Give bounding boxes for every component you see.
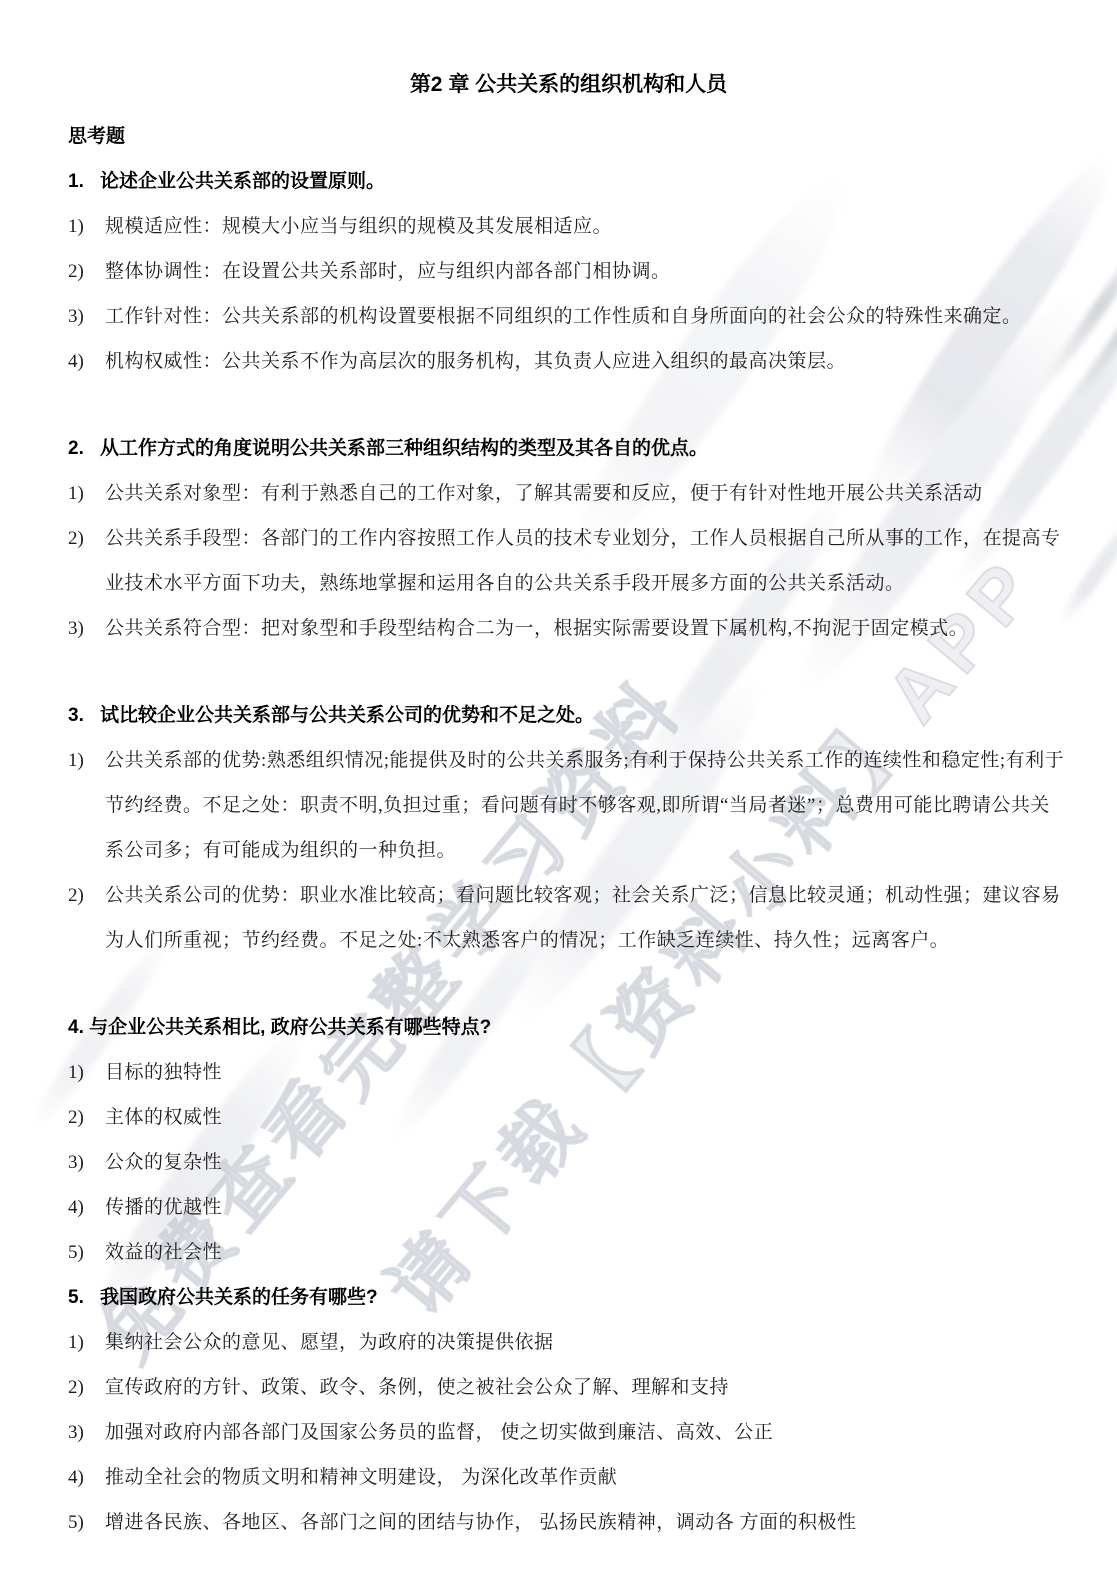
answer-item: 4) 机构权威性：公共关系不作为高层次的服务机构，其负责人应进入组织的最高决策层… bbox=[68, 339, 1069, 384]
answer-item-number: 4) bbox=[68, 1185, 105, 1230]
section-label: 思考题 bbox=[68, 114, 1069, 159]
answer-item-number: 2) bbox=[68, 1095, 105, 1140]
question-4-heading-row: 4. 与企业公共关系相比, 政府公共关系有哪些特点? bbox=[68, 1005, 1069, 1050]
answer-item-text: 公共关系手段型：各部门的工作内容按照工作人员的技术专业划分，工作人员根据自己所从… bbox=[105, 516, 1069, 606]
answer-item-number: 3) bbox=[68, 606, 105, 651]
question-1-heading-row: 1. 论述企业公共关系部的设置原则。 bbox=[68, 159, 1069, 204]
question-2-heading: 从工作方式的角度说明公共关系部三种组织结构的类型及其各自的优点。 bbox=[100, 426, 708, 471]
answer-item: 2) 整体协调性：在设置公共关系部时，应与组织内部各部门相协调。 bbox=[68, 249, 1069, 294]
question-5-heading: 我国政府公共关系的任务有哪些? bbox=[100, 1275, 378, 1320]
question-block-3: 3. 试比较企业公共关系部与公共关系公司的优势和不足之处。 1) 公共关系部的优… bbox=[68, 693, 1069, 963]
answer-item-text: 传播的优越性 bbox=[105, 1185, 1069, 1230]
answer-item-text: 宣传政府的方针、政策、政令、条例，使之被社会公众了解、理解和支持 bbox=[105, 1365, 1069, 1410]
answer-item-number: 3) bbox=[68, 1410, 105, 1455]
answer-item: 2) 公共关系公司的优势：职业水准比较高；看问题比较客观；社会关系广泛；信息比较… bbox=[68, 873, 1069, 963]
answer-item-number: 4) bbox=[68, 339, 105, 384]
answer-item: 1) 公共关系对象型：有利于熟悉自己的工作对象，了解其需要和反应，便于有针对性地… bbox=[68, 471, 1069, 516]
answer-item: 5) 增进各民族、各地区、各部门之间的团结与协作， 弘扬民族精神，调动各 方面的… bbox=[68, 1500, 1069, 1545]
answer-item-number: 1) bbox=[68, 1320, 105, 1365]
answer-item-text: 公共关系公司的优势：职业水准比较高；看问题比较客观；社会关系广泛；信息比较灵通；… bbox=[105, 873, 1069, 963]
answer-item-text: 效益的社会性 bbox=[105, 1230, 1069, 1275]
answer-item-number: 2) bbox=[68, 1365, 105, 1410]
answer-item: 2) 公共关系手段型：各部门的工作内容按照工作人员的技术专业划分，工作人员根据自… bbox=[68, 516, 1069, 606]
answer-item-text: 公众的复杂性 bbox=[105, 1140, 1069, 1185]
question-2-heading-row: 2. 从工作方式的角度说明公共关系部三种组织结构的类型及其各自的优点。 bbox=[68, 426, 1069, 471]
answer-item-number: 1) bbox=[68, 738, 105, 873]
answer-item-text: 规模适应性：规模大小应当与组织的规模及其发展相适应。 bbox=[105, 204, 1069, 249]
page-title: 第2 章 公共关系的组织机构和人员 bbox=[68, 70, 1069, 100]
question-block-5: 5. 我国政府公共关系的任务有哪些? 1) 集纳社会公众的意见、愿望，为政府的决… bbox=[68, 1275, 1069, 1545]
answer-item-text: 集纳社会公众的意见、愿望，为政府的决策提供依据 bbox=[105, 1320, 1069, 1365]
question-4-heading: 4. 与企业公共关系相比, 政府公共关系有哪些特点? bbox=[68, 1005, 491, 1050]
answer-item-text: 主体的权威性 bbox=[105, 1095, 1069, 1140]
answer-item: 1) 目标的独特性 bbox=[68, 1050, 1069, 1095]
answer-item: 4) 推动全社会的物质文明和精神文明建设， 为深化改革作贡献 bbox=[68, 1455, 1069, 1500]
answer-item: 5) 效益的社会性 bbox=[68, 1230, 1069, 1275]
answer-item-number: 2) bbox=[68, 516, 105, 606]
answer-item: 3) 公共关系符合型：把对象型和手段型结构合二为一，根据实际需要设置下属机构,不… bbox=[68, 606, 1069, 651]
answer-item-number: 5) bbox=[68, 1230, 105, 1275]
answer-item-text: 公共关系部的优势:熟悉组织情况;能提供及时的公共关系服务;有利于保持公共关系工作… bbox=[105, 738, 1069, 873]
question-1-number: 1. bbox=[68, 159, 100, 204]
answer-item: 2) 宣传政府的方针、政策、政令、条例，使之被社会公众了解、理解和支持 bbox=[68, 1365, 1069, 1410]
answer-item-text: 整体协调性：在设置公共关系部时，应与组织内部各部门相协调。 bbox=[105, 249, 1069, 294]
question-block-1: 1. 论述企业公共关系部的设置原则。 1) 规模适应性：规模大小应当与组织的规模… bbox=[68, 159, 1069, 384]
answer-item-number: 2) bbox=[68, 873, 105, 963]
question-3-number: 3. bbox=[68, 693, 100, 738]
question-5-heading-row: 5. 我国政府公共关系的任务有哪些? bbox=[68, 1275, 1069, 1320]
document-page: 免费查看完整学习资料 请下载【资料小料】APP 第2 章 公共关系的组织机构和人… bbox=[0, 0, 1117, 1579]
answer-item: 4) 传播的优越性 bbox=[68, 1185, 1069, 1230]
answer-item-number: 3) bbox=[68, 294, 105, 339]
question-5-number: 5. bbox=[68, 1275, 100, 1320]
question-3-heading: 试比较企业公共关系部与公共关系公司的优势和不足之处。 bbox=[100, 693, 594, 738]
answer-item-text: 工作针对性：公共关系部的机构设置要根据不同组织的工作性质和自身所面向的社会公众的… bbox=[105, 294, 1069, 339]
question-block-2: 2. 从工作方式的角度说明公共关系部三种组织结构的类型及其各自的优点。 1) 公… bbox=[68, 426, 1069, 651]
answer-item-text: 推动全社会的物质文明和精神文明建设， 为深化改革作贡献 bbox=[105, 1455, 1069, 1500]
answer-item-number: 5) bbox=[68, 1500, 105, 1545]
answer-item-text: 公共关系对象型：有利于熟悉自己的工作对象，了解其需要和反应，便于有针对性地开展公… bbox=[105, 471, 1069, 516]
question-2-number: 2. bbox=[68, 426, 100, 471]
answer-item: 2) 主体的权威性 bbox=[68, 1095, 1069, 1140]
answer-item-number: 2) bbox=[68, 249, 105, 294]
question-1-heading: 论述企业公共关系部的设置原则。 bbox=[100, 159, 385, 204]
answer-item: 3) 公众的复杂性 bbox=[68, 1140, 1069, 1185]
answer-item: 3) 工作针对性：公共关系部的机构设置要根据不同组织的工作性质和自身所面向的社会… bbox=[68, 294, 1069, 339]
answer-item-number: 1) bbox=[68, 204, 105, 249]
answer-item: 1) 规模适应性：规模大小应当与组织的规模及其发展相适应。 bbox=[68, 204, 1069, 249]
question-3-heading-row: 3. 试比较企业公共关系部与公共关系公司的优势和不足之处。 bbox=[68, 693, 1069, 738]
document-content: 第2 章 公共关系的组织机构和人员 思考题 1. 论述企业公共关系部的设置原则。… bbox=[0, 0, 1117, 1545]
answer-item: 3) 加强对政府内部各部门及国家公务员的监督， 使之切实做到廉洁、高效、公正 bbox=[68, 1410, 1069, 1455]
answer-item-text: 目标的独特性 bbox=[105, 1050, 1069, 1095]
answer-item-number: 4) bbox=[68, 1455, 105, 1500]
answer-item: 1) 公共关系部的优势:熟悉组织情况;能提供及时的公共关系服务;有利于保持公共关… bbox=[68, 738, 1069, 873]
answer-item-text: 加强对政府内部各部门及国家公务员的监督， 使之切实做到廉洁、高效、公正 bbox=[105, 1410, 1069, 1455]
answer-item-number: 1) bbox=[68, 471, 105, 516]
question-block-4: 4. 与企业公共关系相比, 政府公共关系有哪些特点? 1) 目标的独特性 2) … bbox=[68, 1005, 1069, 1275]
answer-item-number: 1) bbox=[68, 1050, 105, 1095]
answer-item-text: 机构权威性：公共关系不作为高层次的服务机构，其负责人应进入组织的最高决策层。 bbox=[105, 339, 1069, 384]
answer-item-text: 增进各民族、各地区、各部门之间的团结与协作， 弘扬民族精神，调动各 方面的积极性 bbox=[105, 1500, 1069, 1545]
answer-item: 1) 集纳社会公众的意见、愿望，为政府的决策提供依据 bbox=[68, 1320, 1069, 1365]
answer-item-number: 3) bbox=[68, 1140, 105, 1185]
answer-item-text: 公共关系符合型：把对象型和手段型结构合二为一，根据实际需要设置下属机构,不拘泥于… bbox=[105, 606, 1069, 651]
